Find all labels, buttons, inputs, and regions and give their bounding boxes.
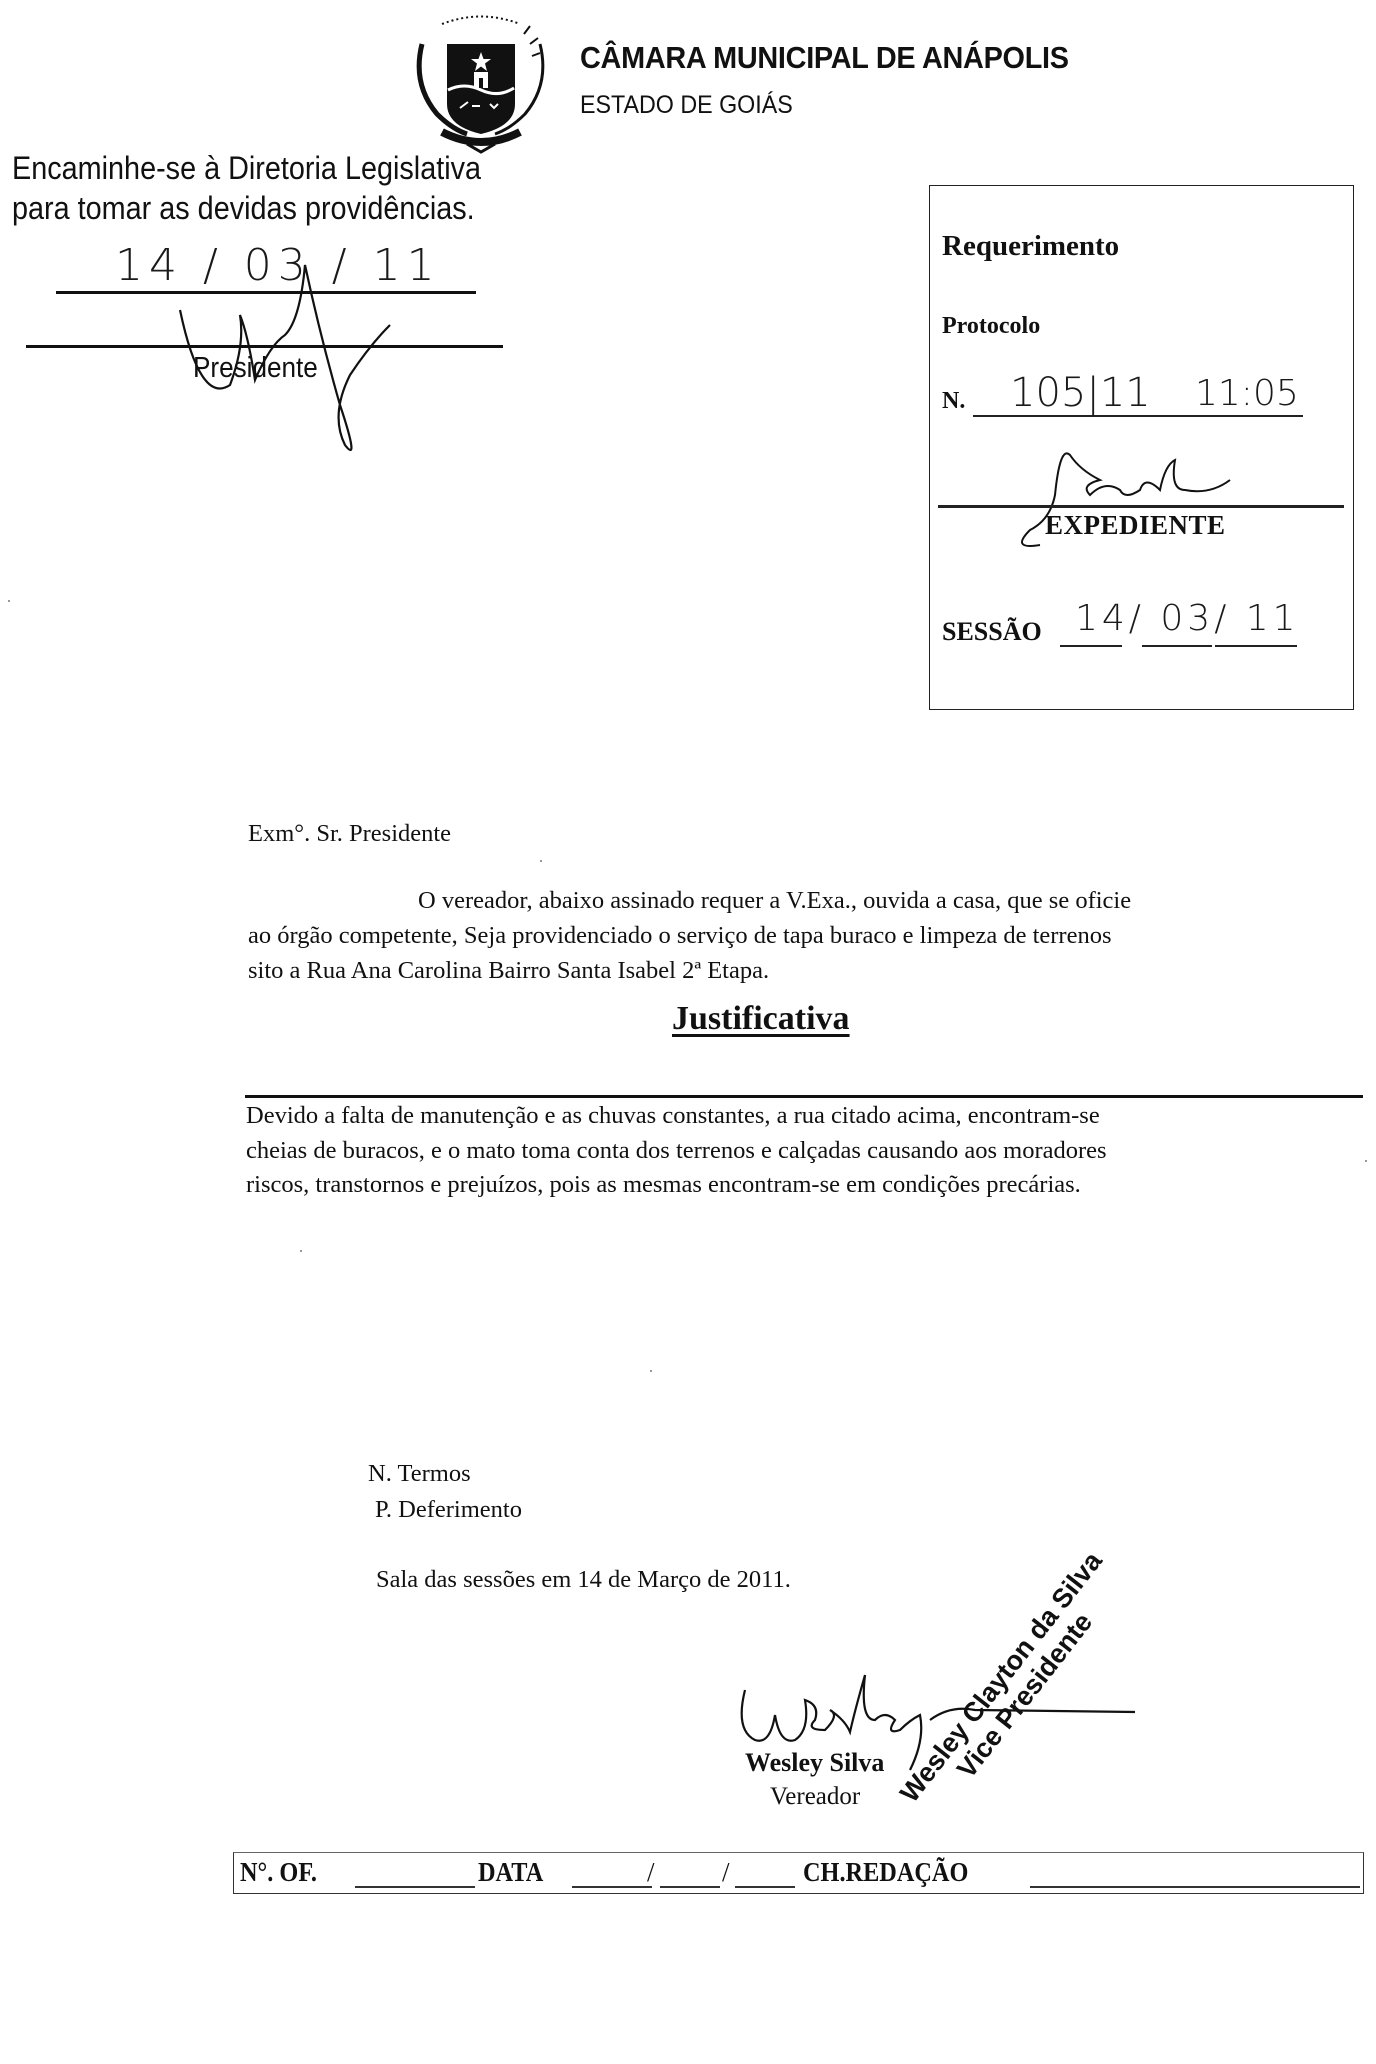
footer-drafting-label: CH.REDAÇÃO [803,1857,968,1888]
session-label: SESSÃO [942,617,1042,647]
coat-of-arms-icon [412,4,550,154]
justification-line: riscos, transtornos e prejuízos, pois as… [246,1171,1081,1199]
justification-line: Devido a falta de manutenção e as chuvas… [246,1102,1100,1130]
request-line: ao órgão competente, Seja providenciado … [248,922,1112,950]
closing-line: P. Deferimento [375,1496,522,1524]
signer-name: Wesley Silva [745,1748,884,1778]
state-subtitle: ESTADO DE GOIÁS [580,91,793,120]
footer-year-line [735,1886,795,1888]
footer-date-separator: / [647,1857,655,1888]
session-date-handwritten: 14/ 03/ 11 [1075,598,1300,639]
signer-role: Vereador [770,1783,860,1811]
protocol-time-handwritten: 11:05 [1195,373,1299,414]
request-line: sito a Rua Ana Carolina Bairro Santa Isa… [248,957,769,985]
president-signature-icon [170,225,410,455]
scan-speck [650,1370,652,1372]
justification-heading: Justificativa [672,1000,850,1038]
justification-line: cheias de buracos, e o mato toma conta d… [246,1137,1107,1165]
salutation: Exm°. Sr. Presidente [248,820,451,848]
scan-speck [1365,1160,1367,1162]
footer-routing-box [233,1852,1364,1894]
footer-month-line [660,1886,720,1888]
routing-stamp-line: para tomar as devidas providências. [12,190,475,227]
session-day-line [1060,645,1122,647]
footer-date-separator: / [722,1857,730,1888]
scan-speck [8,600,10,602]
session-year-line [1215,645,1297,647]
expediente-line [938,505,1344,508]
session-month-line [1142,645,1212,647]
footer-date-label: DATA [478,1857,543,1888]
footer-number-label: N°. OF. [240,1857,317,1888]
footer-drafting-line [1030,1886,1360,1888]
closing-line: N. Termos [368,1460,471,1488]
protocol-number-handwritten: 105|11 [1010,370,1151,416]
section-divider [245,1095,1363,1098]
scan-speck [540,860,542,862]
place-date: Sala das sessões em 14 de Março de 2011. [376,1566,791,1594]
request-line: O vereador, abaixo assinado requer a V.E… [418,887,1131,915]
protocol-number-label: N. [942,388,965,415]
footer-day-line [572,1886,652,1888]
protocol-label: Protocolo [942,313,1040,340]
scan-speck [300,1250,302,1252]
chamber-title: CÂMARA MUNICIPAL DE ANÁPOLIS [580,40,1069,76]
document-type: Requerimento [942,230,1119,263]
routing-stamp-line: Encaminhe-se à Diretoria Legislativa [12,150,481,187]
footer-number-line [355,1886,475,1888]
expediente-label: EXPEDIENTE [1045,510,1226,541]
